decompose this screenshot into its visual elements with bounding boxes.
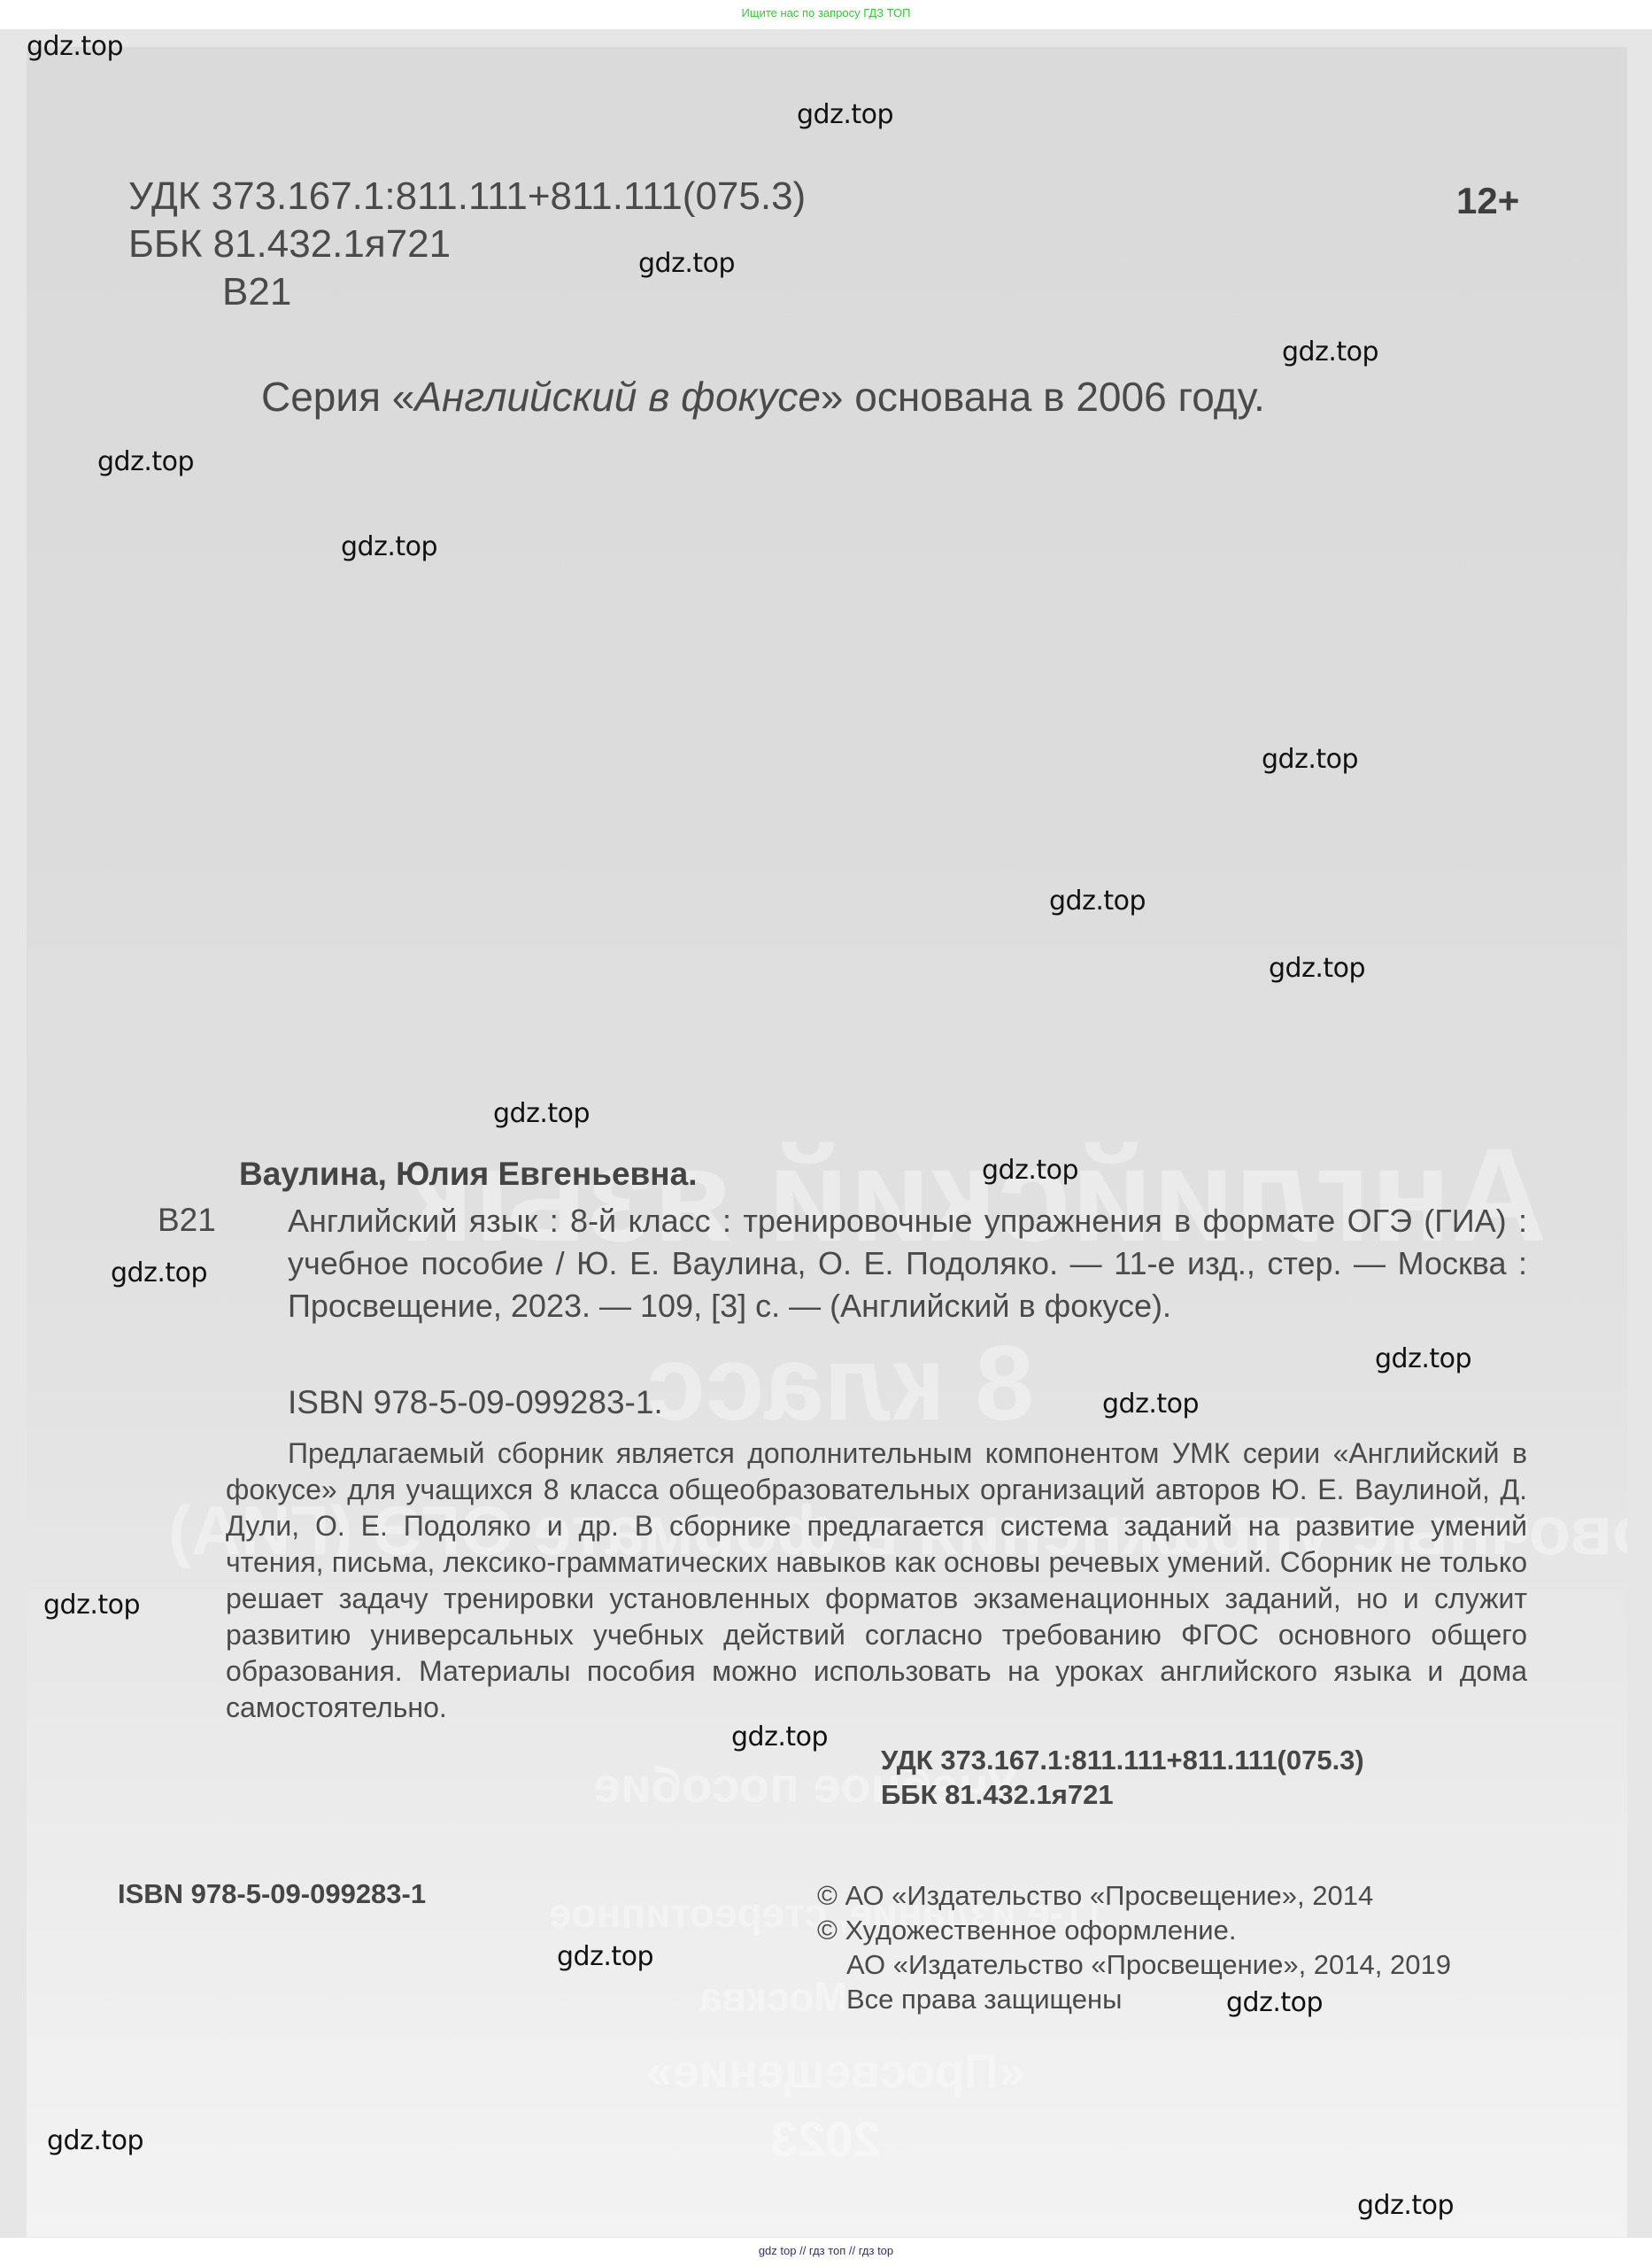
catalog-abstract: Предлагаемый сборник является дополнител… <box>226 1435 1527 1726</box>
classification-footer: УДК 373.167.1:811.111+811.111(075.3) ББК… <box>881 1743 1364 1812</box>
scanned-page: Английский язык 8 класс Тренировочные уп… <box>27 47 1627 2237</box>
watermark: gdz.top <box>1282 337 1378 368</box>
watermark: gdz.top <box>97 446 194 477</box>
copyright-line-4: Все права защищены <box>817 1982 1451 2016</box>
copyright-line-1: © АО «Издательство «Просвещение», 2014 <box>817 1878 1451 1913</box>
watermark: gdz.top <box>1226 1987 1323 2018</box>
description-text: Английский язык : 8-й класс : тренировоч… <box>288 1200 1527 1327</box>
copyright-block: © АО «Издательство «Просвещение», 2014 ©… <box>817 1878 1451 2016</box>
catalog-author: Ваулина, Юлия Евгеньевна. <box>239 1156 698 1193</box>
watermark: gdz.top <box>341 531 437 562</box>
watermark: gdz.top <box>1375 1343 1471 1374</box>
series-suffix: » основана в 2006 году. <box>821 374 1265 420</box>
watermark: gdz.top <box>493 1098 590 1129</box>
copyright-line-2: © Художественное оформление. <box>817 1913 1451 1947</box>
watermark: gdz.top <box>982 1155 1078 1186</box>
series-note: Серия «Английский в фокусе» основана в 2… <box>261 373 1265 421</box>
watermark: gdz.top <box>43 1590 140 1621</box>
watermark: gdz.top <box>1049 886 1146 917</box>
ghost-year: 2023 <box>770 2110 881 2168</box>
series-name: Английский в фокусе <box>414 374 821 420</box>
watermark: gdz.top <box>1102 1389 1199 1420</box>
watermark: gdz.top <box>27 31 123 62</box>
udk-code-bottom: УДК 373.167.1:811.111+811.111(075.3) <box>881 1743 1364 1777</box>
watermark: gdz.top <box>638 248 735 279</box>
series-prefix: Серия « <box>261 374 414 420</box>
copyright-line-3: АО «Издательство «Просвещение», 2014, 20… <box>817 1947 1451 1982</box>
catalog-isbn: ISBN 978-5-09-099283-1. <box>288 1384 663 1421</box>
catalog-author-mark: В21 <box>158 1202 216 1239</box>
watermark: gdz.top <box>557 1941 653 1972</box>
ghost-publisher: «Просвещение» <box>646 2044 1025 2099</box>
watermark: gdz.top <box>797 99 893 130</box>
age-rating: 12+ <box>1456 180 1519 222</box>
bbk-code-bottom: ББК 81.432.1я721 <box>881 1777 1364 1812</box>
watermark: gdz.top <box>731 1722 828 1752</box>
ghost-grade: 8 класс <box>646 1322 1034 1444</box>
search-hint-banner: Ищите нас по запросу ГДЗ ТОП <box>0 0 1652 29</box>
watermark: gdz.top <box>1357 2190 1454 2221</box>
footer-links[interactable]: gdz top // гдз топ // гдз top <box>0 2238 1652 2267</box>
watermark: gdz.top <box>1269 953 1365 984</box>
watermark: gdz.top <box>111 1257 207 1288</box>
watermark: gdz.top <box>47 2125 143 2156</box>
udk-code: УДК 373.167.1:811.111+811.111(075.3) <box>128 173 806 221</box>
catalog-description: Английский язык : 8-й класс : тренировоч… <box>288 1200 1527 1327</box>
classification-header: УДК 373.167.1:811.111+811.111(075.3) ББК… <box>128 173 806 316</box>
watermark: gdz.top <box>1262 744 1358 775</box>
isbn-bold: ISBN 978-5-09-099283-1 <box>118 1878 426 1910</box>
